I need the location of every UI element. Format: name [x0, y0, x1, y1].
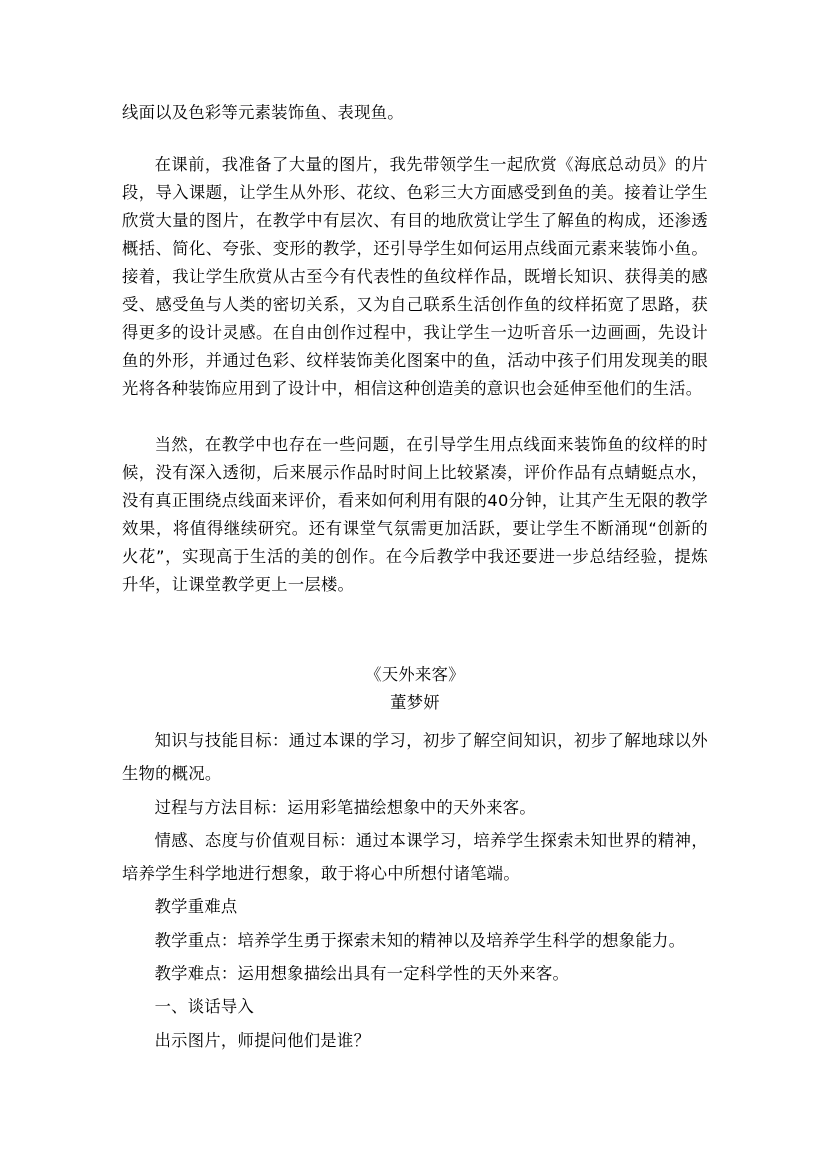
lesson-plan-section: 《天外来客》 董梦妍: [122, 661, 708, 717]
reflection-paragraph-2-block: 当然，在教学中也存在一些问题，在引导学生用点线面来装饰鱼的纹样的时候，没有深入透…: [122, 431, 708, 599]
key-difficult-heading: 教学重难点: [122, 890, 708, 923]
teaching-key-point: 教学重点：培养学生勇于探索未知的精神以及培养学生科学的想象能力。: [122, 924, 708, 957]
lesson-title: 《天外来客》: [122, 661, 708, 689]
document-page: 线面以及色彩等元素装饰鱼、表现鱼。 在课前，我准备了大量的图片，我先带领学生一起…: [0, 0, 827, 1170]
lesson-author: 董梦妍: [122, 689, 708, 717]
reflection-paragraph-1-block: 在课前，我准备了大量的图片，我先带领学生一起欣赏《海底总动员》的片段，导入课题，…: [122, 151, 708, 403]
objective-knowledge: 知识与技能目标：通过本课的学习，初步了解空间知识，初步了解地球以外生物的概况。: [122, 724, 708, 791]
lesson-objectives: 知识与技能目标：通过本课的学习，初步了解空间知识，初步了解地球以外生物的概况。 …: [122, 724, 708, 1057]
reflection-paragraph-1: 在课前，我准备了大量的图片，我先带领学生一起欣赏《海底总动员》的片段，导入课题，…: [122, 151, 708, 403]
continuation-line: 线面以及色彩等元素装饰鱼、表现鱼。: [122, 99, 708, 127]
teaching-difficulty: 教学难点：运用想象描绘出具有一定科学性的天外来客。: [122, 957, 708, 990]
reflection-section: 线面以及色彩等元素装饰鱼、表现鱼。: [122, 99, 708, 127]
reflection-paragraph-2: 当然，在教学中也存在一些问题，在引导学生用点线面来装饰鱼的纹样的时候，没有深入透…: [122, 431, 708, 599]
section-heading-intro: 一、谈话导入: [122, 990, 708, 1023]
intro-step-1: 出示图片，师提问他们是谁？: [122, 1024, 708, 1057]
objective-emotion: 情感、态度与价值观目标：通过本课学习，培养学生探索未知世界的精神，培养学生科学地…: [122, 824, 708, 891]
objective-process: 过程与方法目标：运用彩笔描绘想象中的天外来客。: [122, 791, 708, 824]
